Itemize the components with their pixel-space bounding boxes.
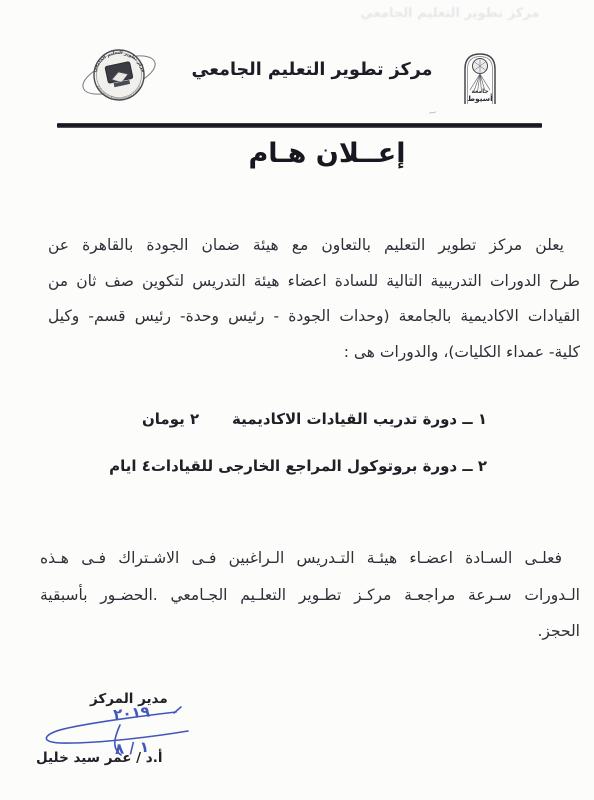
- closing-line: الـدورات سـرعة مراجعـة مركـز تطـوير التع…: [40, 577, 580, 614]
- announcement-heading: إعــلان هـام: [249, 138, 406, 169]
- scan-ghost-text: مركز تطوير التعليم الجامعي: [330, 6, 570, 21]
- intro-line: يعلن مركز تطوير التعليم بالتعاون مع هيئة…: [48, 228, 580, 264]
- education-enhancement-center-logo: مركز تطوير التعليم الجامعي Education Enh…: [78, 42, 162, 114]
- closing-line: فعلـى السـادة اعضـاء هيئـة التـدريس الـر…: [40, 540, 580, 577]
- signatory-name: أ.د / عمر سيد خليل: [36, 750, 162, 766]
- scan-artifact-mark: ~: [427, 105, 438, 119]
- university-emblem-icon: جامعة أسيوط: [461, 50, 499, 106]
- intro-line: القيادات الاكاديمية بالجامعة (وحدات الجو…: [48, 299, 580, 335]
- assiut-university-emblem: جامعة أسيوط: [461, 50, 499, 110]
- course-duration: ٢ يومان: [142, 410, 199, 428]
- intro-paragraph: يعلن مركز تطوير التعليم بالتعاون مع هيئة…: [48, 228, 580, 370]
- course-item-1: ١ ــ دورة تدريب القيادات الاكاديمية ٢ يو…: [142, 410, 487, 428]
- course-name: ١ ــ دورة تدريب القيادات الاكاديمية: [232, 410, 487, 428]
- closing-paragraph: فعلـى السـادة اعضـاء هيئـة التـدريس الـر…: [40, 540, 580, 650]
- course-item-2: ٢ ــ دورة بروتوكول المراجع الخارجى للقيا…: [120, 457, 487, 475]
- header-divider-rule: [57, 123, 542, 128]
- intro-line: طرح الدورات التدريبية التالية للسادة اعض…: [48, 264, 580, 300]
- closing-line: الحجز.: [40, 613, 580, 650]
- scanned-announcement-page: مركز تطوير التعليم الجامعي مركز تطوير ال…: [0, 0, 594, 800]
- emblem-text-line2: أسيوط: [467, 93, 493, 103]
- course-duration: ٤ ايام: [109, 457, 151, 475]
- center-logo-icon: مركز تطوير التعليم الجامعي Education Enh…: [78, 42, 162, 110]
- course-name: ٢ ــ دورة بروتوكول المراجع الخارجى للقيا…: [151, 457, 487, 475]
- handwritten-year: ٢٠١٩: [113, 702, 151, 723]
- page-title: مركز تطوير التعليم الجامعي: [192, 60, 433, 80]
- intro-line: كلية- عمداء الكليات)، والدورات هى :: [48, 335, 580, 371]
